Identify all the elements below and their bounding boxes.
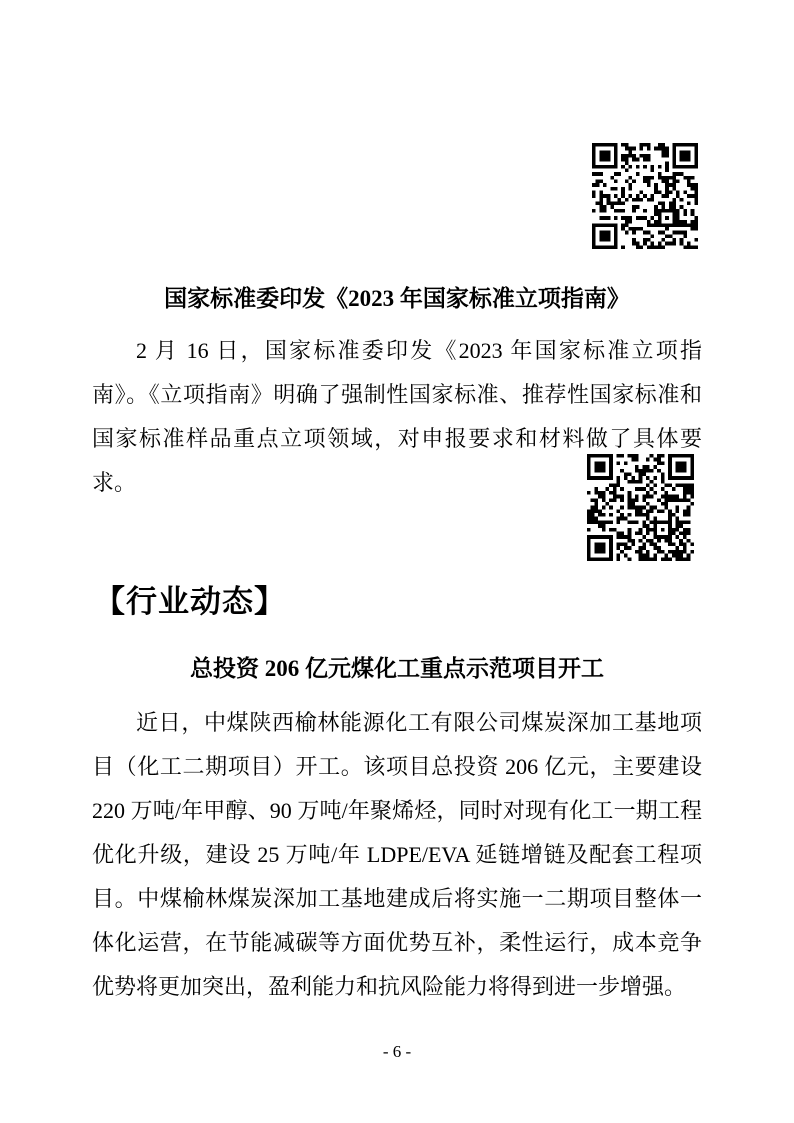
page-number: - 6 -	[0, 1041, 794, 1063]
qr-code-icon-top	[592, 143, 698, 249]
qr-code-icon-bottom	[587, 454, 694, 561]
document-page: 国家标准委印发《2023 年国家标准立项指南》 2 月 16 日，国家标准委印发…	[0, 0, 794, 1123]
article-title-coal-project: 总投资 206 亿元煤化工重点示范项目开工	[92, 653, 702, 685]
section-header-industry-news: 【行业动态】	[94, 582, 286, 622]
article-title-standards: 国家标准委印发《2023 年国家标准立项指南》	[92, 283, 702, 315]
article-body-coal-project: 近日，中煤陕西榆林能源化工有限公司煤炭深加工基地项目（化工二期项目）开工。该项目…	[92, 701, 702, 1009]
